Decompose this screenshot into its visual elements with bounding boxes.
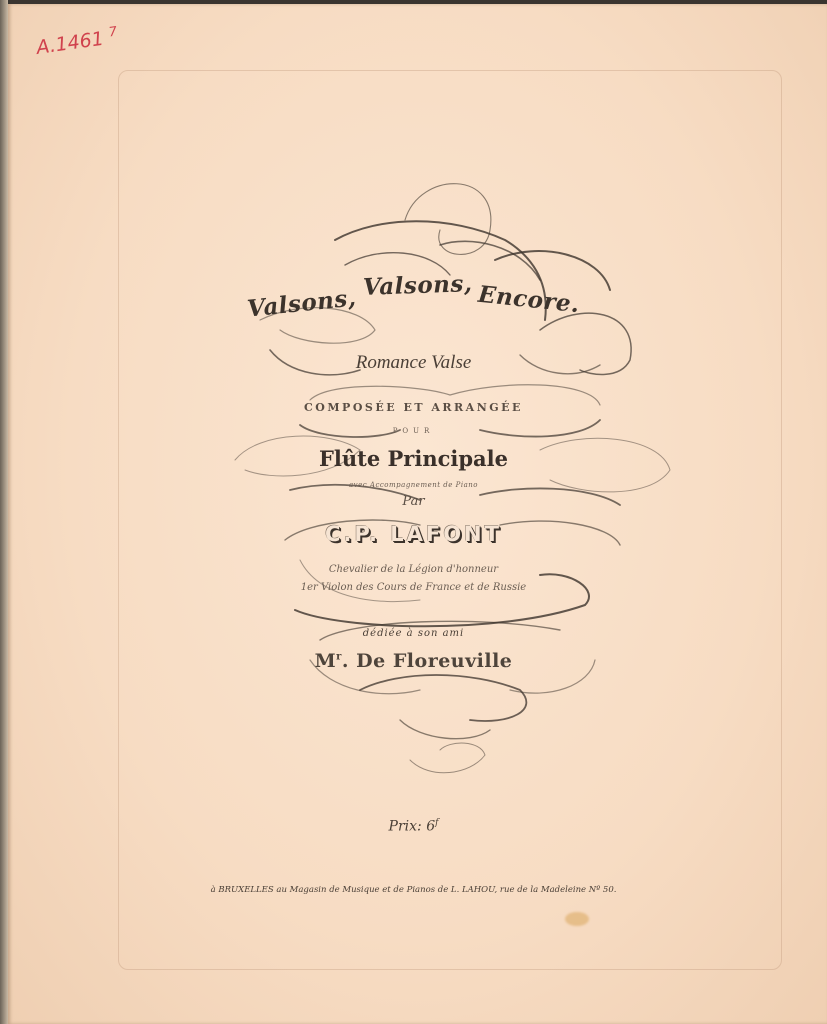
dedicatee: Mr. De Floreuville — [0, 650, 827, 672]
composer-name: C.P. LAFONT — [0, 522, 827, 546]
publisher-imprint: à BRUXELLES au Magasin de Musique et de … — [0, 885, 827, 895]
price: Prix: 6f — [0, 818, 827, 835]
calligraphic-flourish — [0, 0, 827, 1024]
par-line: Par — [0, 494, 827, 509]
dedication-line: dédiée à son ami — [0, 628, 827, 639]
composed-line: COMPOSÉE ET ARRANGÉE — [0, 401, 827, 414]
title: Valsons,Valsons,Encore. — [0, 272, 827, 299]
accompaniment-line: avec Accompagnement de Piano — [0, 481, 827, 489]
composer-title-line1: Chevalier de la Légion d'honneur — [0, 564, 827, 575]
pour-line: POUR — [0, 427, 827, 435]
instrument: Flûte Principale — [0, 446, 827, 471]
paper-stain — [565, 912, 589, 926]
composer-title-line2: 1er Violon des Cours de France et de Rus… — [0, 582, 827, 593]
subtitle: Romance Valse — [0, 352, 827, 374]
